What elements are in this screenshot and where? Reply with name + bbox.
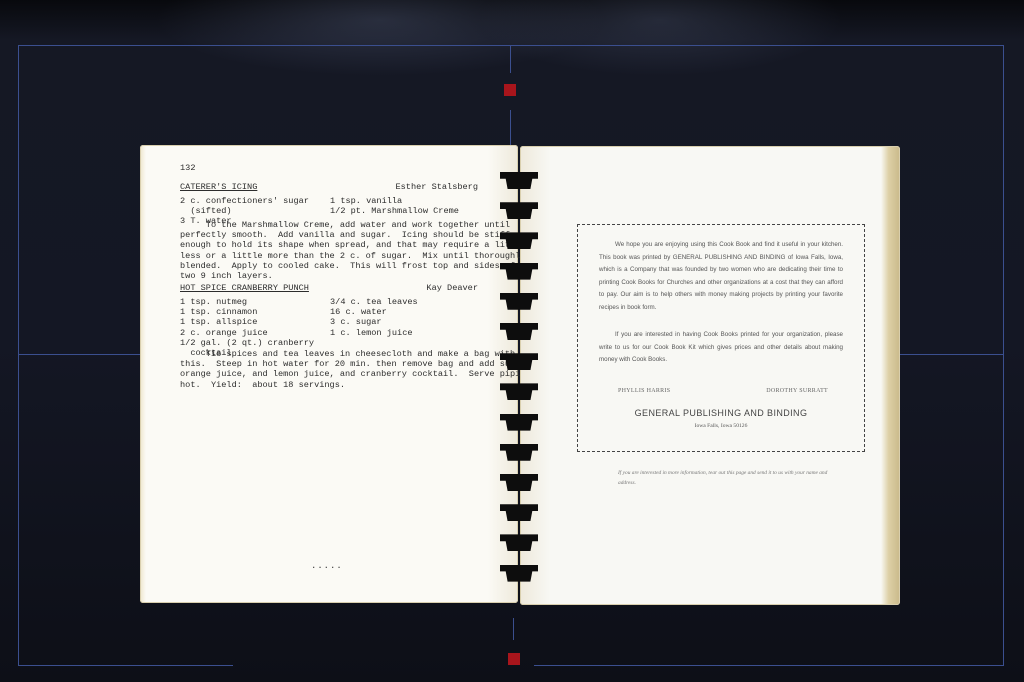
frame-guide-center-top	[510, 45, 511, 73]
signature-left: PHYLLIS HARRIS	[618, 388, 670, 394]
registration-marker-bottom	[508, 653, 520, 665]
right-page: We hope you are enjoying using this Cook…	[520, 146, 900, 605]
recipe-instructions: Tie spices and tea leaves in cheesecloth…	[180, 349, 531, 390]
recipe-author: Esther Stalsberg	[395, 182, 478, 192]
frame-guide-top	[18, 45, 1004, 46]
recipe-title: HOT SPICE CRANBERRY PUNCH	[180, 283, 309, 293]
left-page: 132 CATERER'S ICING Esther Stalsberg 2 c…	[140, 145, 518, 603]
frame-guide-center-mid	[510, 110, 511, 145]
ingredients-column-2: 3/4 c. tea leaves 16 c. water 3 c. sugar…	[330, 297, 418, 338]
frame-guide-center-bottom	[513, 618, 514, 640]
signature-right: DOROTHY SURRATT	[766, 388, 828, 394]
company-name: GENERAL PUBLISHING AND BINDING	[578, 408, 864, 418]
publisher-notice-box: We hope you are enjoying using this Cook…	[577, 224, 865, 452]
frame-guide-left	[18, 45, 19, 665]
ingredients-column-2: 1 tsp. vanilla 1/2 pt. Marshmallow Creme	[330, 196, 459, 216]
frame-guide-bottom-left	[18, 665, 233, 666]
notice-paragraph-2: If you are interested in having Cook Boo…	[599, 329, 843, 367]
company-address: Iowa Falls, Iowa 50126	[578, 423, 864, 429]
end-marker: .....	[312, 557, 344, 571]
registration-marker-top	[504, 84, 516, 96]
notice-paragraph-1: We hope you are enjoying using this Cook…	[599, 239, 843, 315]
recipe-instructions: To the Marshmallow Creme, add water and …	[180, 220, 526, 281]
frame-guide-horizontal-left	[18, 354, 140, 355]
frame-guide-horizontal-right	[900, 354, 1004, 355]
recipe-title: CATERER'S ICING	[180, 182, 257, 192]
tear-out-footnote: If you are interested in more informatio…	[618, 468, 838, 488]
frame-guide-bottom-right	[534, 665, 1004, 666]
recipe-author: Kay Deaver	[426, 283, 478, 293]
frame-guide-right	[1003, 45, 1004, 665]
page-number: 132	[180, 163, 195, 173]
